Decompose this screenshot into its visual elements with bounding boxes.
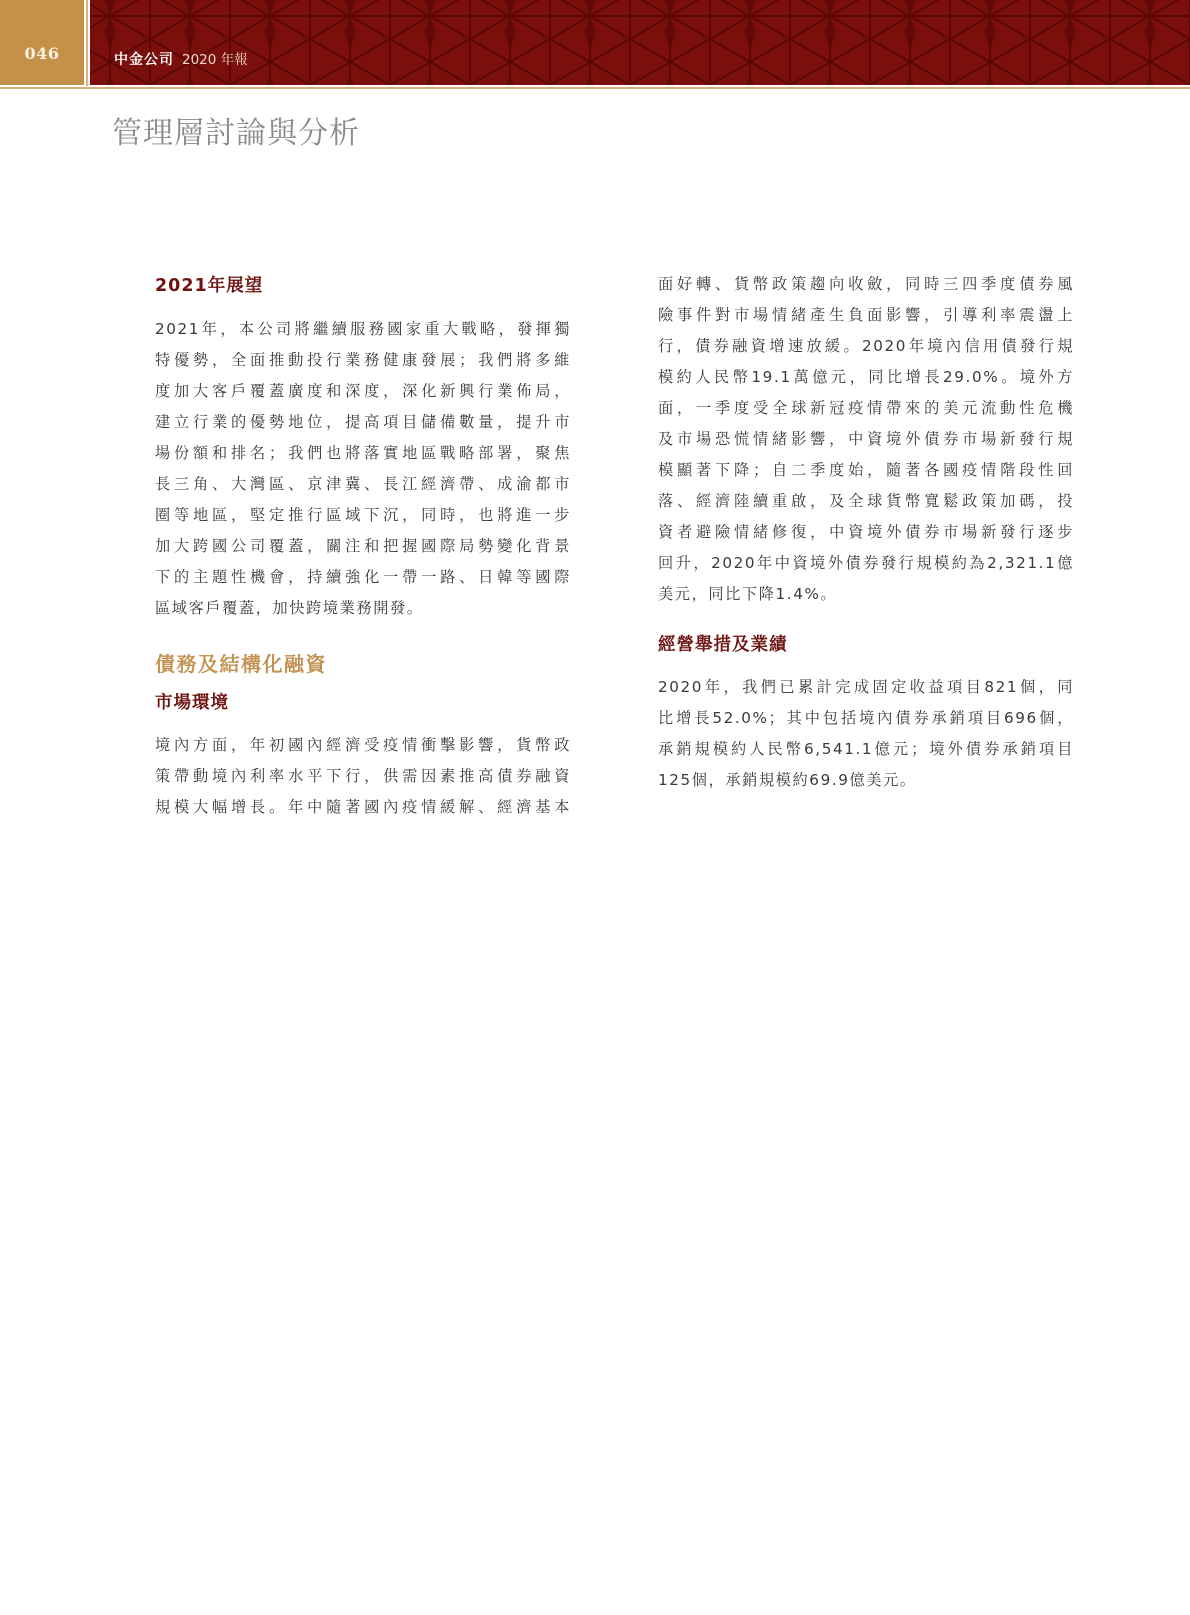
left-column: 2021年展望 2021年，本公司將繼續服務國家重大戰略，發揮獨 特優勢，全面推… <box>155 273 571 823</box>
header-divider-horizontal <box>0 87 1190 89</box>
page-number-box: 046 <box>0 0 84 85</box>
performance-heading: 經營舉措及業績 <box>658 632 1074 658</box>
asanoha-pattern-icon <box>90 0 1190 85</box>
text-line: 2021年，本公司將繼續服務國家重大戰略，發揮獨 <box>155 314 571 345</box>
right-column: 面好轉、貨幣政策趨向收斂，同時三四季度債券風 險事件對市場情緒產生負面影響，引導… <box>658 273 1074 796</box>
text-line: 特優勢，全面推動投行業務健康發展；我們將多維 <box>155 345 571 376</box>
company-name: 中金公司 <box>114 52 174 68</box>
text-line: 及市場恐慌情緒影響，中資境外債券市場新發行規 <box>658 424 1074 455</box>
header-divider-vertical <box>86 0 88 86</box>
text-line: 模約人民幣19.1萬億元，同比增長29.0%。境外方 <box>658 362 1074 393</box>
page-title: 管理層討論與分析 <box>112 108 360 152</box>
text-line: 區域客戶覆蓋，加快跨境業務開發。 <box>155 593 571 624</box>
text-line: 模顯著下降；自二季度始，隨著各國疫情階段性回 <box>658 455 1074 486</box>
page-number: 046 <box>0 44 84 63</box>
text-line: 面，一季度受全球新冠疫情帶來的美元流動性危機 <box>658 393 1074 424</box>
text-line: 下的主題性機會，持續強化一帶一路、日韓等國際 <box>155 562 571 593</box>
text-line: 境內方面，年初國內經濟受疫情衝擊影響，貨幣政 <box>155 730 571 761</box>
text-line: 度加大客戶覆蓋廣度和深度，深化新興行業佈局， <box>155 376 571 407</box>
performance-paragraph: 2020年，我們已累計完成固定收益項目821個，同 比增長52.0%；其中包括境… <box>658 672 1074 796</box>
text-line: 資者避險情緒修復，中資境外債券市場新發行逐步 <box>658 517 1074 548</box>
text-line: 2020年，我們已累計完成固定收益項目821個，同 <box>658 672 1074 703</box>
text-line: 落、經濟陸續重啟，及全球貨幣寬鬆政策加碼，投 <box>658 486 1074 517</box>
text-line: 美元，同比下降1.4%。 <box>658 579 1074 610</box>
text-line: 長三角、大灣區、京津冀、長江經濟帶、成渝都市 <box>155 469 571 500</box>
section-heading: 債務及結構化融資 <box>155 650 571 678</box>
text-line: 回升，2020年中資境外債券發行規模約為2,321.1億 <box>658 548 1074 579</box>
outlook-paragraph: 2021年，本公司將繼續服務國家重大戰略，發揮獨 特優勢，全面推動投行業務健康發… <box>155 314 571 624</box>
market-paragraph: 境內方面，年初國內經濟受疫情衝擊影響，貨幣政 策帶動境內利率水平下行，供需因素推… <box>155 730 571 823</box>
text-line: 面好轉、貨幣政策趨向收斂，同時三四季度債券風 <box>658 269 1074 300</box>
header-pattern-band <box>90 0 1190 85</box>
market-paragraph-continued: 面好轉、貨幣政策趨向收斂，同時三四季度債券風 險事件對市場情緒產生負面影響，引導… <box>658 269 1074 610</box>
text-line: 125個，承銷規模約69.9億美元。 <box>658 765 1074 796</box>
outlook-heading: 2021年展望 <box>155 273 571 299</box>
header-title: 中金公司2020 年報 <box>114 48 248 69</box>
report-name: 2020 年報 <box>182 52 248 68</box>
text-line: 承銷規模約人民幣6,541.1億元；境外債券承銷項目 <box>658 734 1074 765</box>
text-line: 圈等地區，堅定推行區域下沉，同時，也將進一步 <box>155 500 571 531</box>
text-line: 行，債券融資增速放緩。2020年境內信用債發行規 <box>658 331 1074 362</box>
market-environment-heading: 市場環境 <box>155 690 571 716</box>
text-line: 險事件對市場情緒產生負面影響，引導利率震盪上 <box>658 300 1074 331</box>
text-line: 比增長52.0%；其中包括境內債券承銷項目696個， <box>658 703 1074 734</box>
text-line: 建立行業的優勢地位，提高項目儲備數量，提升市 <box>155 407 571 438</box>
page-header: 046 <box>0 0 1190 92</box>
text-line: 策帶動境內利率水平下行，供需因素推高債券融資 <box>155 761 571 792</box>
text-line: 規模大幅增長。年中隨著國內疫情緩解、經濟基本 <box>155 792 571 823</box>
text-line: 場份額和排名；我們也將落實地區戰略部署，聚焦 <box>155 438 571 469</box>
text-line: 加大跨國公司覆蓋，關注和把握國際局勢變化背景 <box>155 531 571 562</box>
